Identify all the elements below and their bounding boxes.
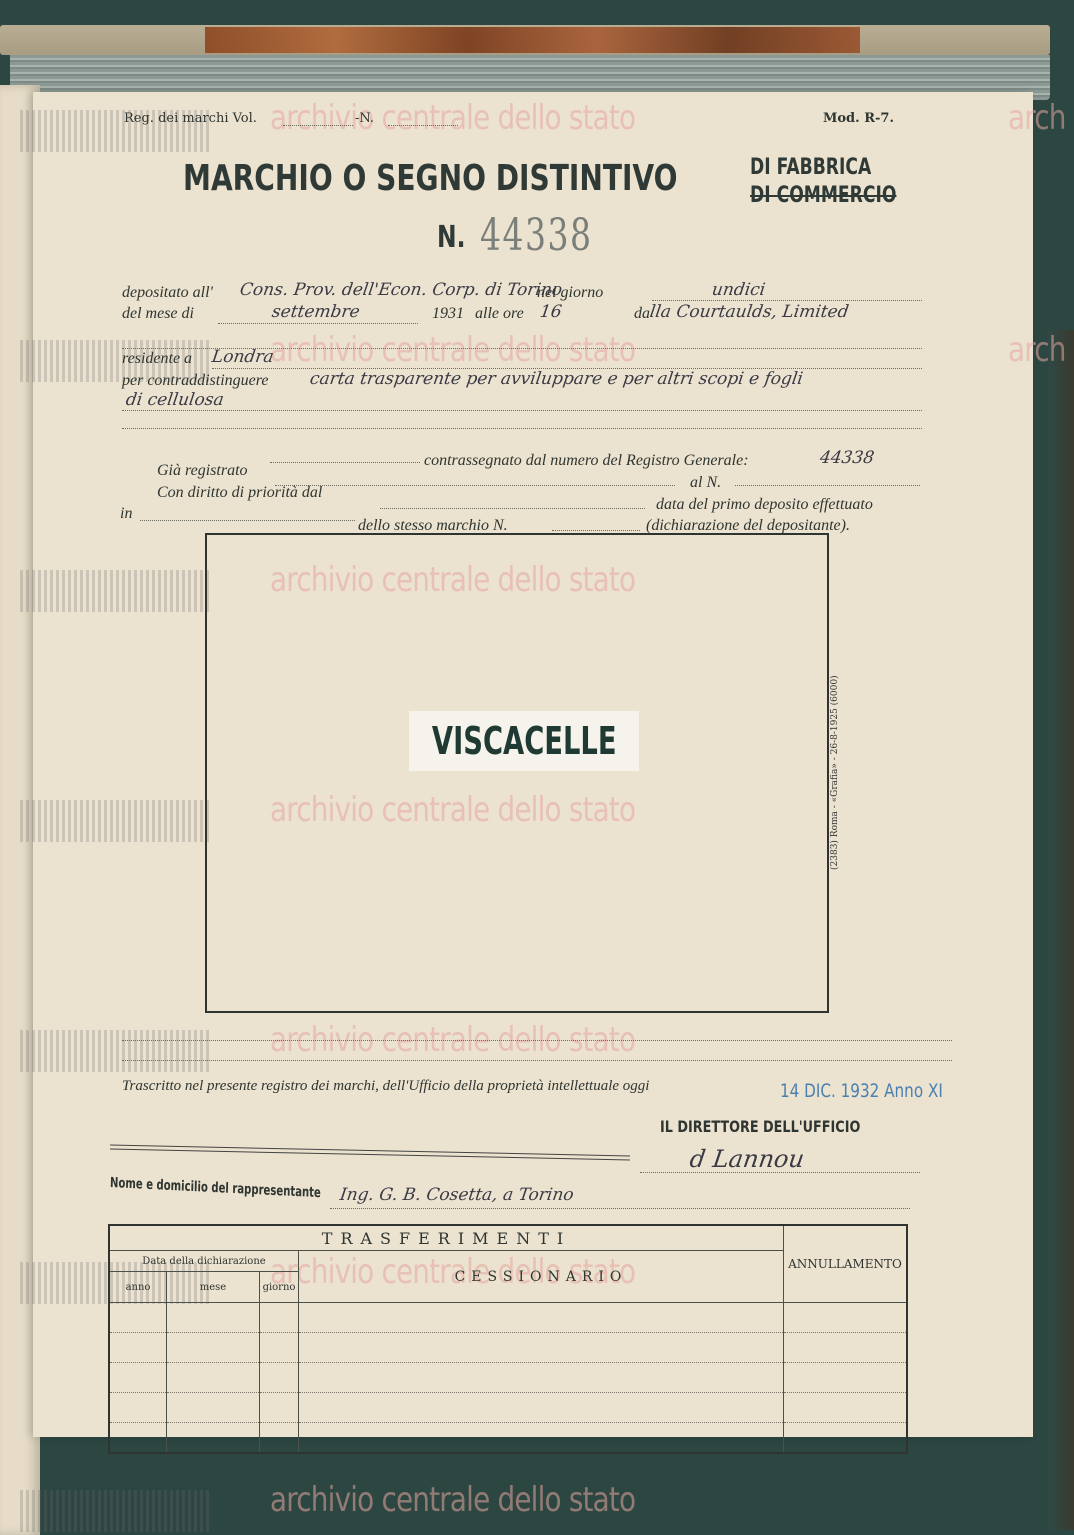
goods-line (122, 428, 922, 429)
al-n-line (735, 485, 920, 486)
applicant-name: lla Courtaulds, Limited (649, 302, 850, 322)
blank-line (122, 1040, 952, 1041)
priority-label: Con diritto di priorità dal (157, 484, 322, 502)
book-cover-edge (1048, 330, 1074, 1530)
declaration-date-header: Data della dichiarazione (109, 1251, 299, 1272)
archive-logo-icon (20, 1030, 210, 1072)
registro-generale-number: 44338 (819, 448, 876, 468)
goods-label: per contraddistinguere (122, 372, 269, 390)
trademark-name: VISCACELLE (432, 719, 617, 763)
priority-line (380, 508, 645, 509)
transcription-text: Trascritto nel presente registro dei mar… (122, 1078, 649, 1095)
archive-logo-icon (20, 800, 210, 842)
director-signature: d Lannou (688, 1145, 806, 1173)
day-header: giorno (260, 1272, 299, 1303)
first-deposit-label: data del primo deposito effettuato (656, 496, 873, 514)
representative-line (330, 1208, 910, 1209)
watermark: arch (1008, 330, 1066, 370)
goods-line (122, 410, 922, 411)
deposit-label: depositato all' (122, 284, 213, 302)
in-label: in (120, 505, 132, 523)
printer-note: (2383) Roma - «Grafia» - 26-8-1925 (6000… (830, 675, 840, 870)
archive-logo-icon (20, 570, 210, 612)
month-field-line (218, 323, 418, 324)
goods-description-line2: di cellulosa (125, 390, 225, 410)
deposit-day: undici (711, 280, 767, 300)
marbled-spine-band (205, 27, 860, 53)
transfer-row (109, 1393, 907, 1423)
deposit-month: settembre (271, 302, 362, 322)
goods-description-line1: carta trasparente per avviluppare e per … (309, 369, 805, 389)
registro-generale-label: contrassegnato dal numero del Registro G… (424, 452, 749, 470)
month-header: mese (167, 1272, 260, 1303)
number-prefix: N. (437, 220, 465, 255)
annullamento-header: ANNULLAMENTO (784, 1225, 908, 1303)
deposit-year: 1931 (432, 305, 464, 323)
trademark-label: VISCACELLE (409, 711, 639, 771)
day-label: nel giorno (537, 284, 603, 302)
watermark: arch (1008, 98, 1066, 138)
document-title: MARCHIO O SEGNO DISTINTIVO (183, 158, 678, 199)
representative-value: Ing. G. B. Cosetta, a Torino (339, 1185, 575, 1205)
deposit-hour: 16 (539, 302, 563, 322)
model-code: Mod. R-7. (823, 111, 894, 126)
transfers-title: TRASFERIMENTI (109, 1225, 784, 1251)
in-line (140, 520, 355, 521)
mark-type-commercio-struck: DI COMMERCIO (750, 183, 896, 208)
register-number-label: -N. (355, 111, 374, 126)
volume-field (283, 125, 353, 126)
day-field-line (652, 300, 922, 301)
archive-logo-icon (20, 1490, 210, 1532)
month-label: del mese di (122, 305, 194, 323)
deposit-office: Cons. Prov. dell'Econ. Corp. di Torino (239, 280, 564, 300)
mark-type-fabbrica: DI FABBRICA (750, 155, 871, 180)
registered-line (275, 485, 675, 486)
trademark-image-box (205, 533, 829, 1013)
director-label: IL DIRETTORE DELL'UFFICIO (660, 1117, 860, 1136)
same-mark-line (552, 530, 640, 531)
transfer-row (109, 1363, 907, 1393)
watermark: archivio centrale dello stato (270, 330, 635, 370)
already-registered-label: Già registrato (157, 462, 248, 480)
signature-line (640, 1172, 920, 1173)
mark-number-stamp: 44338 (480, 210, 592, 261)
residence-label: residente a (122, 350, 192, 368)
transfer-row (109, 1423, 907, 1454)
transfer-row (109, 1333, 907, 1363)
register-volume-label: Reg. dei marchi Vol. (124, 111, 257, 126)
transfers-table: TRASFERIMENTI ANNULLAMENTO Data della di… (108, 1224, 908, 1454)
watermark: archivio centrale dello stato (270, 1480, 635, 1520)
gia-registrato-line (270, 462, 420, 463)
al-n-label: al N. (690, 474, 721, 492)
hour-label: alle ore (475, 305, 524, 323)
year-header: anno (109, 1272, 167, 1303)
blank-line (122, 1060, 952, 1061)
watermark: archivio centrale dello stato (270, 98, 635, 138)
number-field (388, 125, 458, 126)
transcription-date-stamp: 14 DIC. 1932 Anno XI (780, 1080, 943, 1102)
from-label: da (634, 305, 650, 323)
applicant-residence: Londra (211, 347, 275, 367)
cessionario-header: CESSIONARIO (299, 1251, 784, 1303)
transfer-row (109, 1303, 907, 1333)
